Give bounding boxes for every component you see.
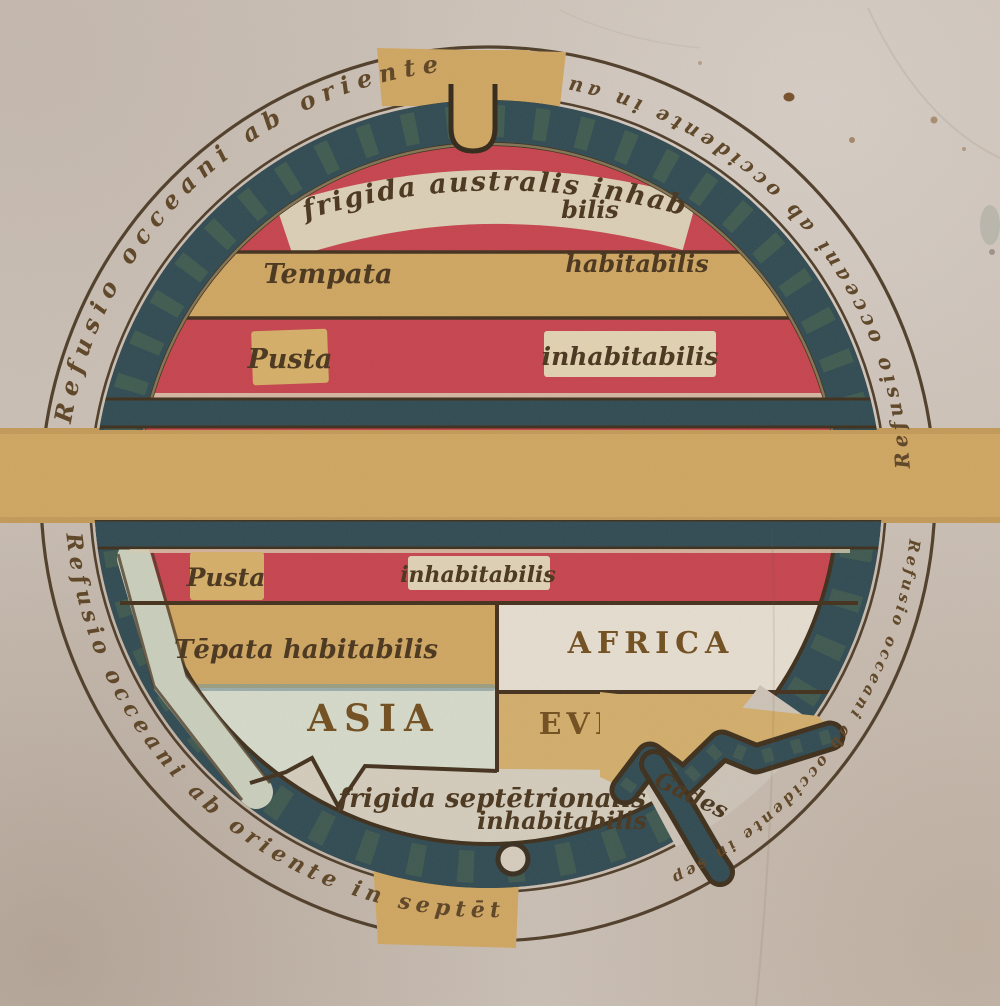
parchment-grain: [0, 0, 1000, 1006]
zonal-mappa-mundi: frigida australis inhabita bilis Tempata…: [0, 0, 1000, 1006]
